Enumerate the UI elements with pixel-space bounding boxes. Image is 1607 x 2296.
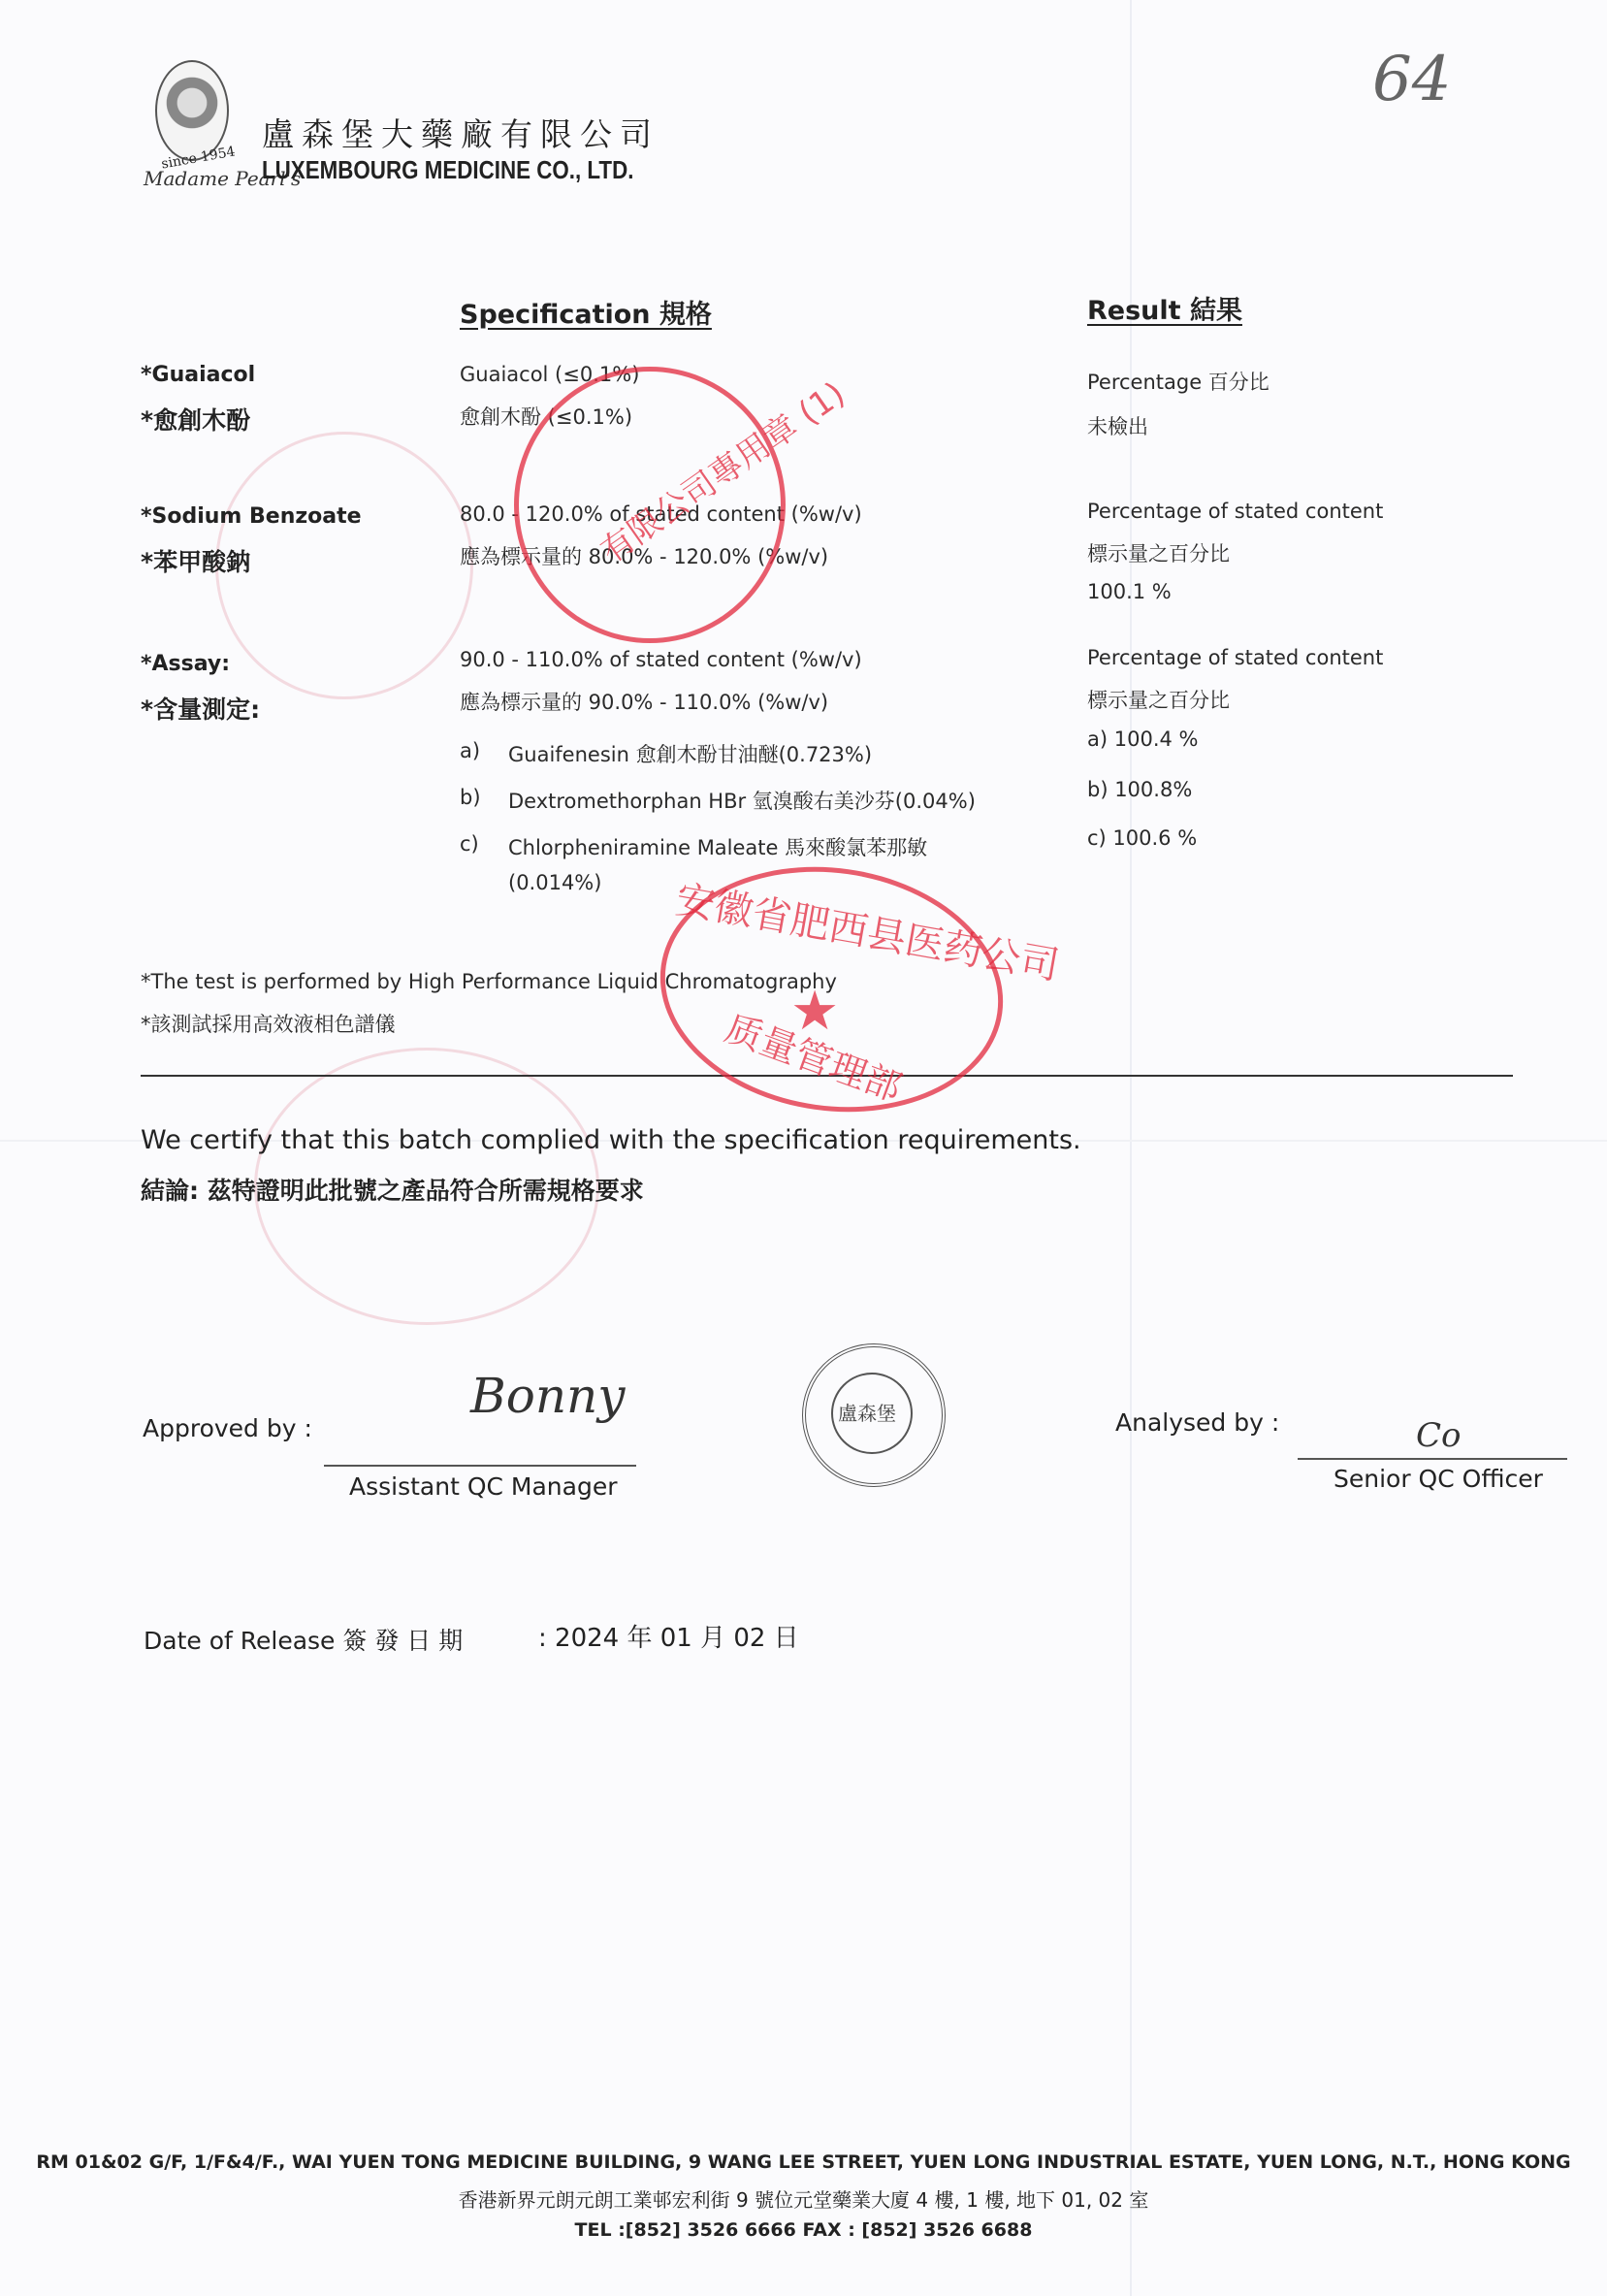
approved-signature-line: [324, 1465, 636, 1467]
company-name-cn: 盧森堡大藥廠有限公司: [262, 110, 659, 155]
result-label: Percentage of stated content: [1087, 646, 1383, 669]
company-name-en: LUXEMBOURG MEDICINE CO., LTD.: [262, 155, 633, 185]
test-name-en: *Sodium Benzoate: [141, 504, 362, 529]
result-label: Percentage 百分比: [1087, 367, 1270, 396]
test-name-cn: *愈創木酚: [141, 402, 250, 437]
certification-en: We certify that this batch complied with…: [141, 1125, 1081, 1155]
assay-item-marker: c): [460, 832, 479, 856]
result-label-cn: 標示量之百分比: [1087, 538, 1230, 567]
spec-cn: 應為標示量的 90.0% - 110.0% (%w/v): [460, 687, 828, 716]
footer-contact: TEL :[852] 3526 6666 FAX : [852] 3526 66…: [0, 2219, 1607, 2241]
assay-item-result: c) 100.6 %: [1087, 826, 1197, 850]
footer-address-en: RM 01&02 G/F, 1/F&4/F., WAI YUEN TONG ME…: [0, 2151, 1607, 2173]
release-date-value: : 2024 年 01 月 02 日: [538, 1618, 799, 1654]
result-label: Percentage of stated content: [1087, 500, 1383, 523]
approved-title: Assistant QC Manager: [349, 1472, 618, 1501]
method-note-cn: *該測試採用高效液相色譜儀: [141, 1009, 396, 1038]
result-heading: Result 結果: [1087, 289, 1242, 327]
result-label-cn: 標示量之百分比: [1087, 685, 1230, 714]
analysed-signature-line: [1298, 1458, 1567, 1460]
handwritten-page-number: 64: [1372, 44, 1451, 115]
result-value: 未檢出: [1087, 411, 1148, 440]
approved-by-label: Approved by :: [143, 1414, 312, 1442]
paper-fold-vertical: [1130, 0, 1132, 2296]
test-name-cn: *含量測定:: [141, 691, 260, 726]
assay-item-marker: b): [460, 786, 481, 809]
footer-address-cn: 香港新界元朗元朗工業邨宏利街 9 號位元堂藥業大廈 4 樓, 1 樓, 地下 0…: [0, 2184, 1607, 2213]
assay-item-text: Chlorpheniramine Maleate 馬來酸氯苯那敏: [508, 832, 927, 861]
assay-item-marker: a): [460, 739, 480, 762]
assay-item-text: Dextromethorphan HBr 氫溴酸右美沙芬(0.04%): [508, 786, 976, 815]
specification-heading: Specification 規格: [460, 293, 712, 331]
test-name-cn: *苯甲酸鈉: [141, 543, 250, 578]
assay-item-result: a) 100.4 %: [1087, 728, 1199, 751]
test-name-en: *Assay:: [141, 652, 230, 676]
analysed-by-label: Analysed by :: [1115, 1408, 1279, 1437]
company-seal-inner-text: 盧森堡: [838, 1398, 896, 1426]
assay-item-text-cont: (0.014%): [508, 871, 601, 894]
faint-stamp-1: [215, 432, 473, 699]
release-date-label: Date of Release 簽 發 日 期: [144, 1622, 463, 1657]
assay-item-result: b) 100.8%: [1087, 778, 1192, 801]
certification-cn: 結論: 茲特證明此批號之產品符合所需規格要求: [141, 1172, 644, 1207]
assay-item-text: Guaifenesin 愈創木酚甘油醚(0.723%): [508, 739, 872, 768]
approved-signature: Bonny: [470, 1368, 626, 1424]
analysed-title: Senior QC Officer: [1334, 1465, 1543, 1493]
test-name-en: *Guaiacol: [141, 363, 255, 387]
analysed-signature: Co: [1416, 1416, 1461, 1455]
spec-en: 90.0 - 110.0% of stated content (%w/v): [460, 648, 862, 671]
result-value: 100.1 %: [1087, 580, 1172, 603]
